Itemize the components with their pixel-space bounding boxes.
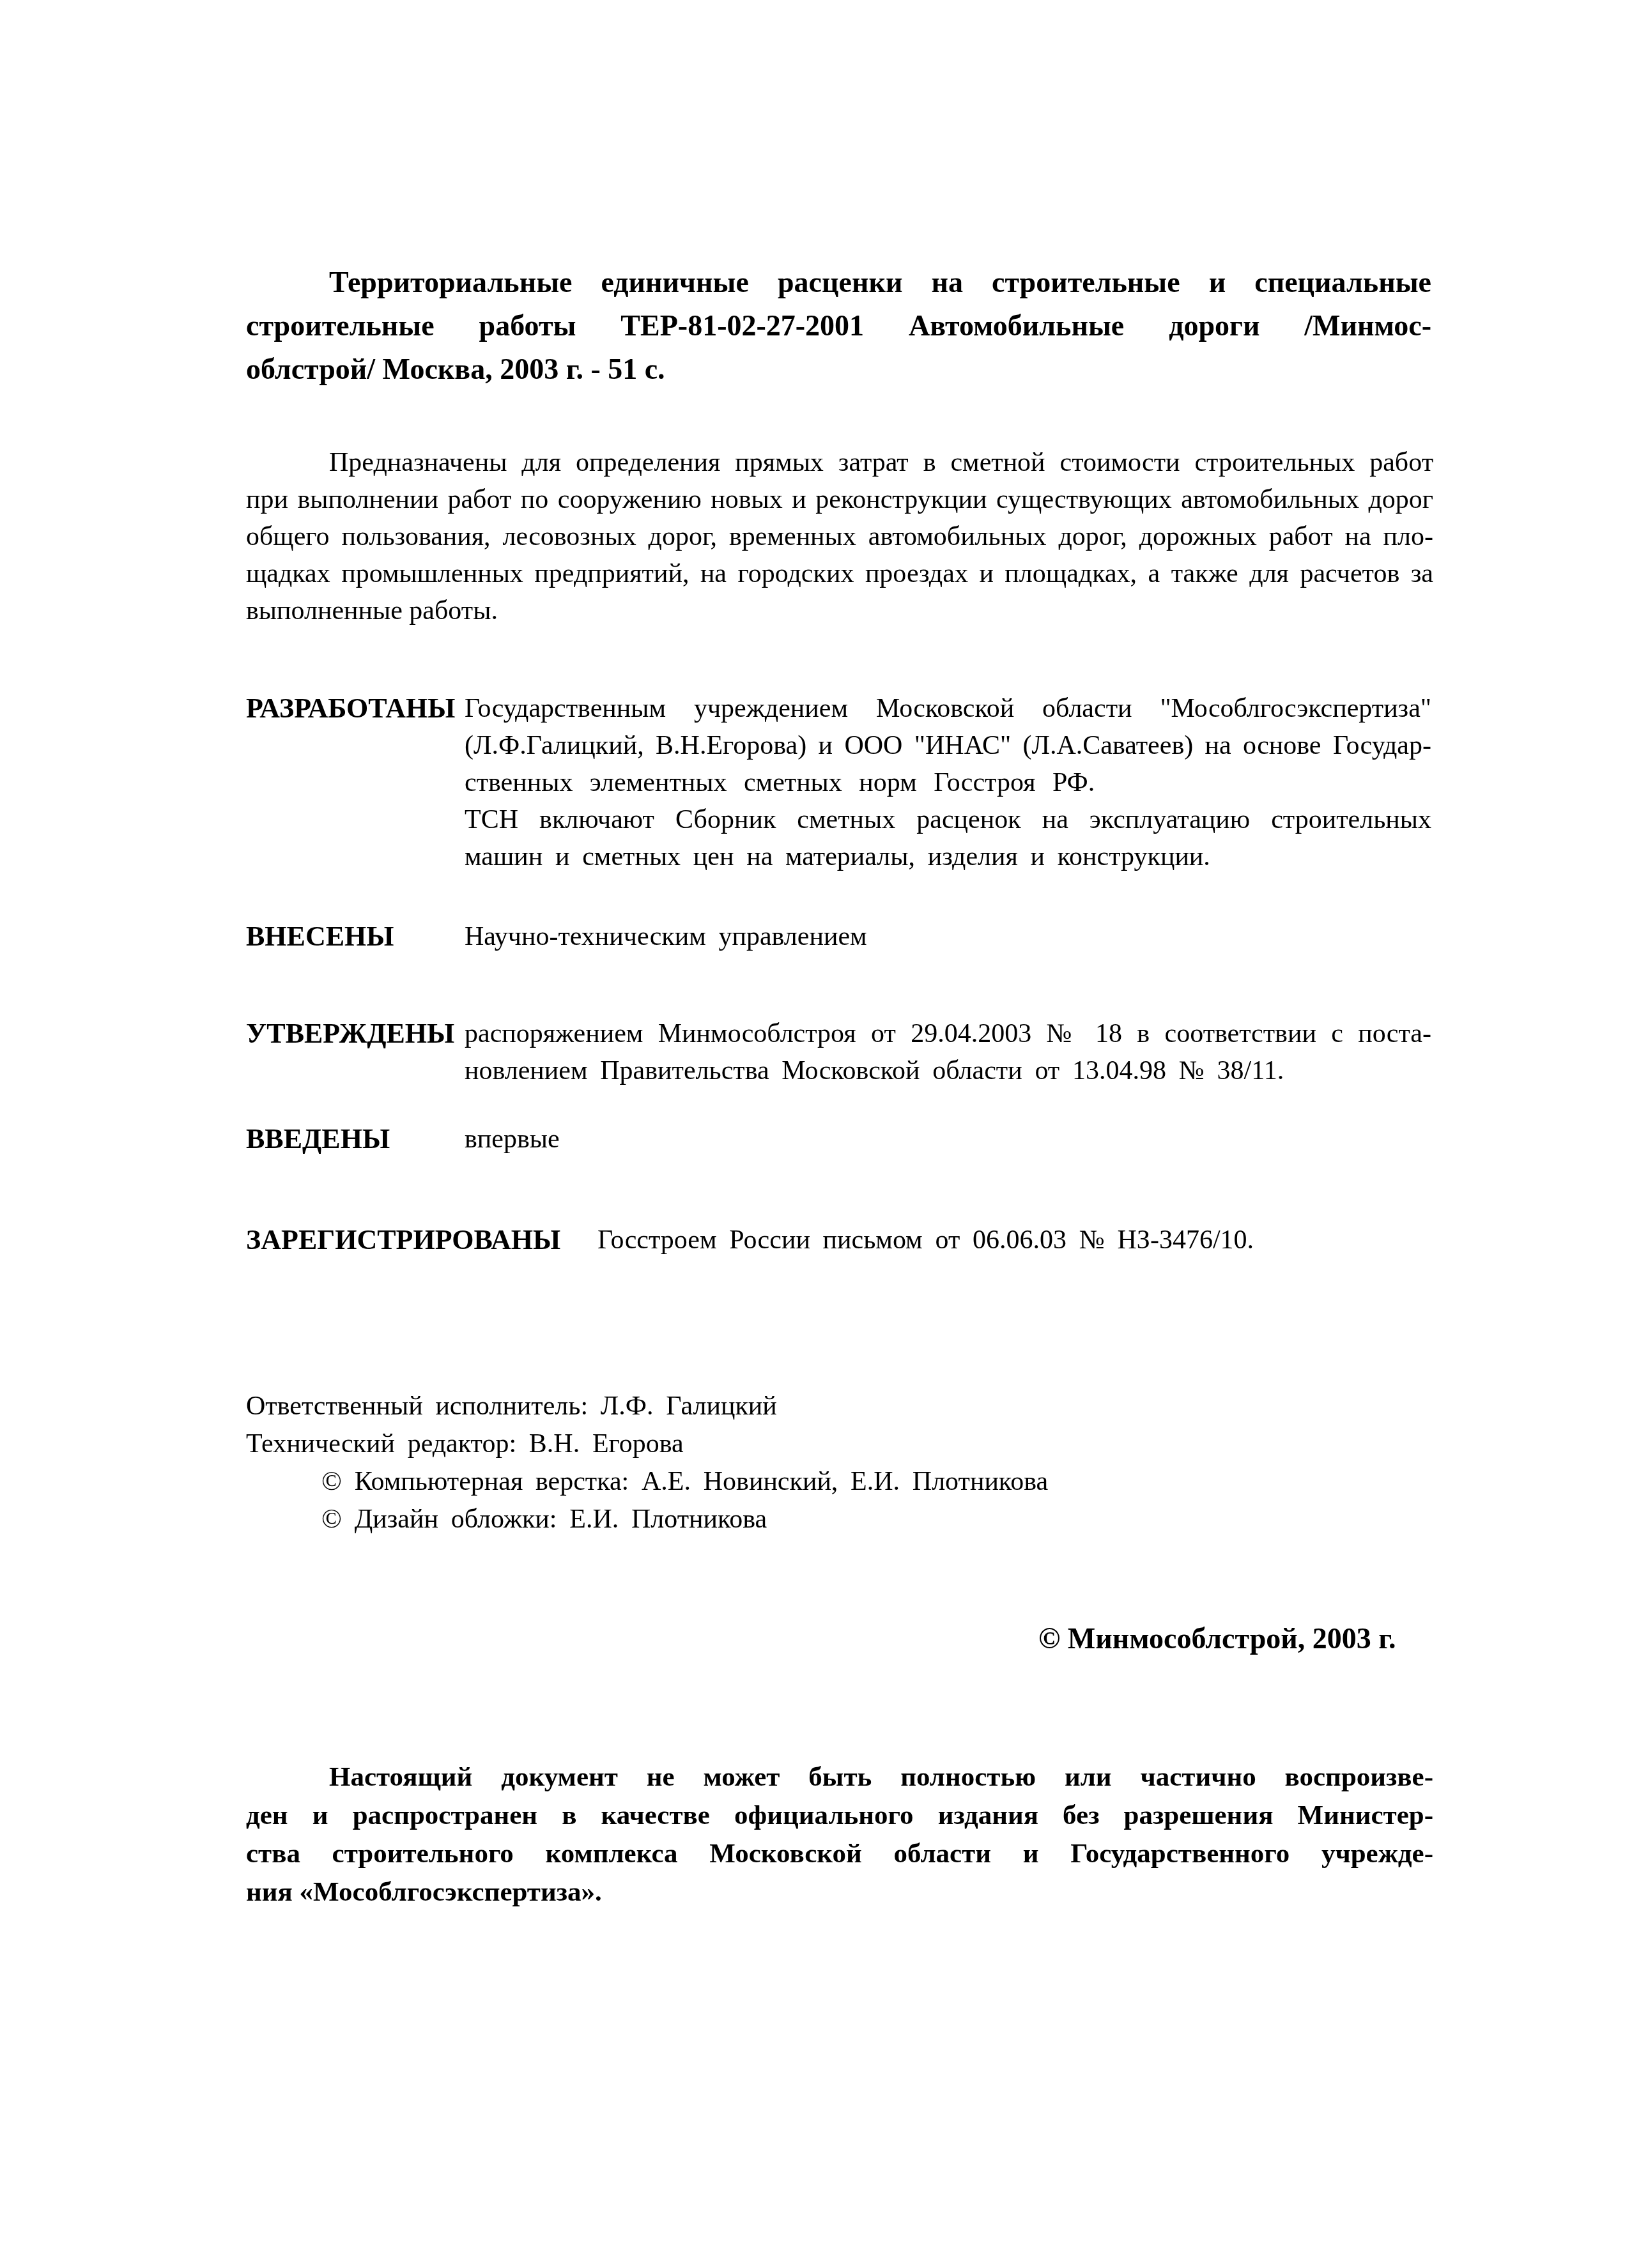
title-line: Территориальные единичные расценки на ст… <box>246 261 1431 304</box>
section-label-registered: ЗАРЕГИСТРИРОВАНЫ <box>246 1222 560 1259</box>
credit-line: © Дизайн обложки: Е.И. Плотникова <box>246 1501 1433 1538</box>
intro-line: выполненные работы. <box>246 592 1433 629</box>
developed-line: ТСН включают Сборник сметных расценок на… <box>465 801 1431 838</box>
approved-line: распоряжением Минмособлстроя от 29.04.20… <box>465 1015 1431 1052</box>
intro-line: общего пользования, лесовозных дорог, вр… <box>246 518 1433 555</box>
section-label-submitted: ВНЕСЕНЫ <box>246 918 394 955</box>
intro-line: щадках промышленных предприятий, на горо… <box>246 555 1433 592</box>
developed-line: (Л.Ф.Галицкий, В.Н.Егорова) и ООО "ИНАС"… <box>465 727 1431 764</box>
credit-line: Ответственный исполнитель: Л.Ф. Галицкий <box>246 1388 1433 1425</box>
credit-line: © Компьютерная верстка: А.Е. Новинский, … <box>246 1463 1433 1501</box>
section-approved-content: распоряжением Минмособлстроя от 29.04.20… <box>465 1015 1431 1089</box>
developed-line: ственных элементных сметных норм Госстро… <box>465 764 1431 801</box>
credits-block: Ответственный исполнитель: Л.Ф. Галицкий… <box>246 1388 1433 1538</box>
developed-line: Государственным учреждением Московской о… <box>465 690 1431 727</box>
notice-line: ства строительного комплекса Московской … <box>246 1835 1433 1873</box>
title-block: Территориальные единичные расценки на ст… <box>246 261 1431 391</box>
intro-line: при выполнении работ по сооружению новых… <box>246 481 1433 518</box>
credit-line: Технический редактор: В.Н. Егорова <box>246 1425 1433 1463</box>
intro-paragraph: Предназначены для определения прямых зат… <box>246 444 1433 629</box>
notice-line: ния «Мособлгосэкспертиза». <box>246 1873 1433 1912</box>
notice-line: ден и распространен в качестве официальн… <box>246 1797 1433 1835</box>
section-label-developed: РАЗРАБОТАНЫ <box>246 690 456 727</box>
notice-paragraph: Настоящий документ не может быть полност… <box>246 1758 1433 1912</box>
section-registered-content: Госстроем России письмом от 06.06.03 № Н… <box>597 1222 1431 1259</box>
approved-line: новлением Правительства Московской облас… <box>465 1052 1431 1089</box>
section-label-approved: УТВЕРЖДЕНЫ <box>246 1015 454 1052</box>
title-line: облстрой/ Москва, 2003 г. - 51 с. <box>246 348 1431 391</box>
title-line: строительные работы ТЕР-81-02-27-2001 Ав… <box>246 304 1431 348</box>
document-page: Территориальные единичные расценки на ст… <box>0 0 1625 2268</box>
developed-line: машин и сметных цен на материалы, издели… <box>465 838 1431 875</box>
notice-line: Настоящий документ не может быть полност… <box>246 1758 1433 1797</box>
intro-line: Предназначены для определения прямых зат… <box>246 444 1433 481</box>
section-label-introduced: ВВЕДЕНЫ <box>246 1121 390 1158</box>
section-introduced-content: впервые <box>465 1121 1431 1158</box>
section-developed-content: Государственным учреждением Московской о… <box>465 690 1431 875</box>
copyright-line: © Минмособлстрой, 2003 г. <box>1038 1621 1396 1655</box>
section-submitted-content: Научно-техническим управлением <box>465 918 1431 955</box>
